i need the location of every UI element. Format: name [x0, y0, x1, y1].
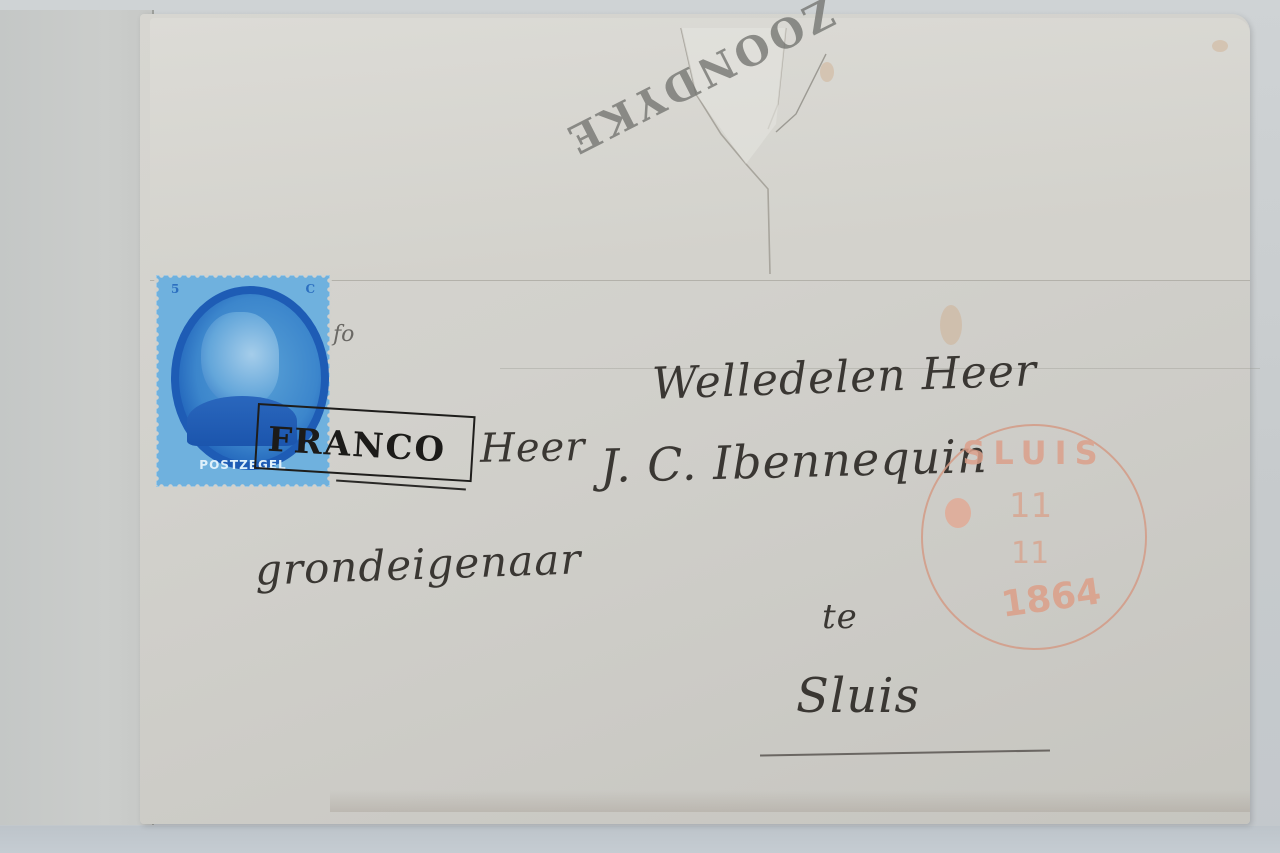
- postmark-town: SLUIS: [923, 434, 1145, 472]
- stamp-portrait-head: [201, 312, 279, 406]
- foxing-stain: [940, 305, 962, 345]
- stamp-currency: C: [305, 282, 315, 296]
- postmark-year: 1864: [999, 571, 1104, 626]
- franco-text: FRANCO: [267, 420, 448, 471]
- address-line-heer: Heer: [480, 424, 586, 472]
- franco-cachet: FRANCO: [254, 403, 476, 482]
- foxing-stain: [1212, 40, 1228, 52]
- circular-postmark: SLUIS 11 11 1864: [921, 424, 1147, 650]
- stamp-perforation: [154, 276, 159, 486]
- table-surface: [0, 826, 1280, 853]
- postmark-ink-blot: [945, 498, 971, 528]
- outer-fold-panel: [0, 10, 154, 825]
- address-line-te: te: [822, 597, 858, 637]
- postmark-day: 11: [1009, 486, 1052, 526]
- address-line-town: Sluis: [796, 668, 920, 724]
- postmark-month: 11: [1011, 536, 1049, 571]
- annotation-mark: fo: [333, 322, 354, 347]
- stamp-value: 5: [171, 282, 179, 296]
- bottom-edge-shadow: [330, 790, 1250, 812]
